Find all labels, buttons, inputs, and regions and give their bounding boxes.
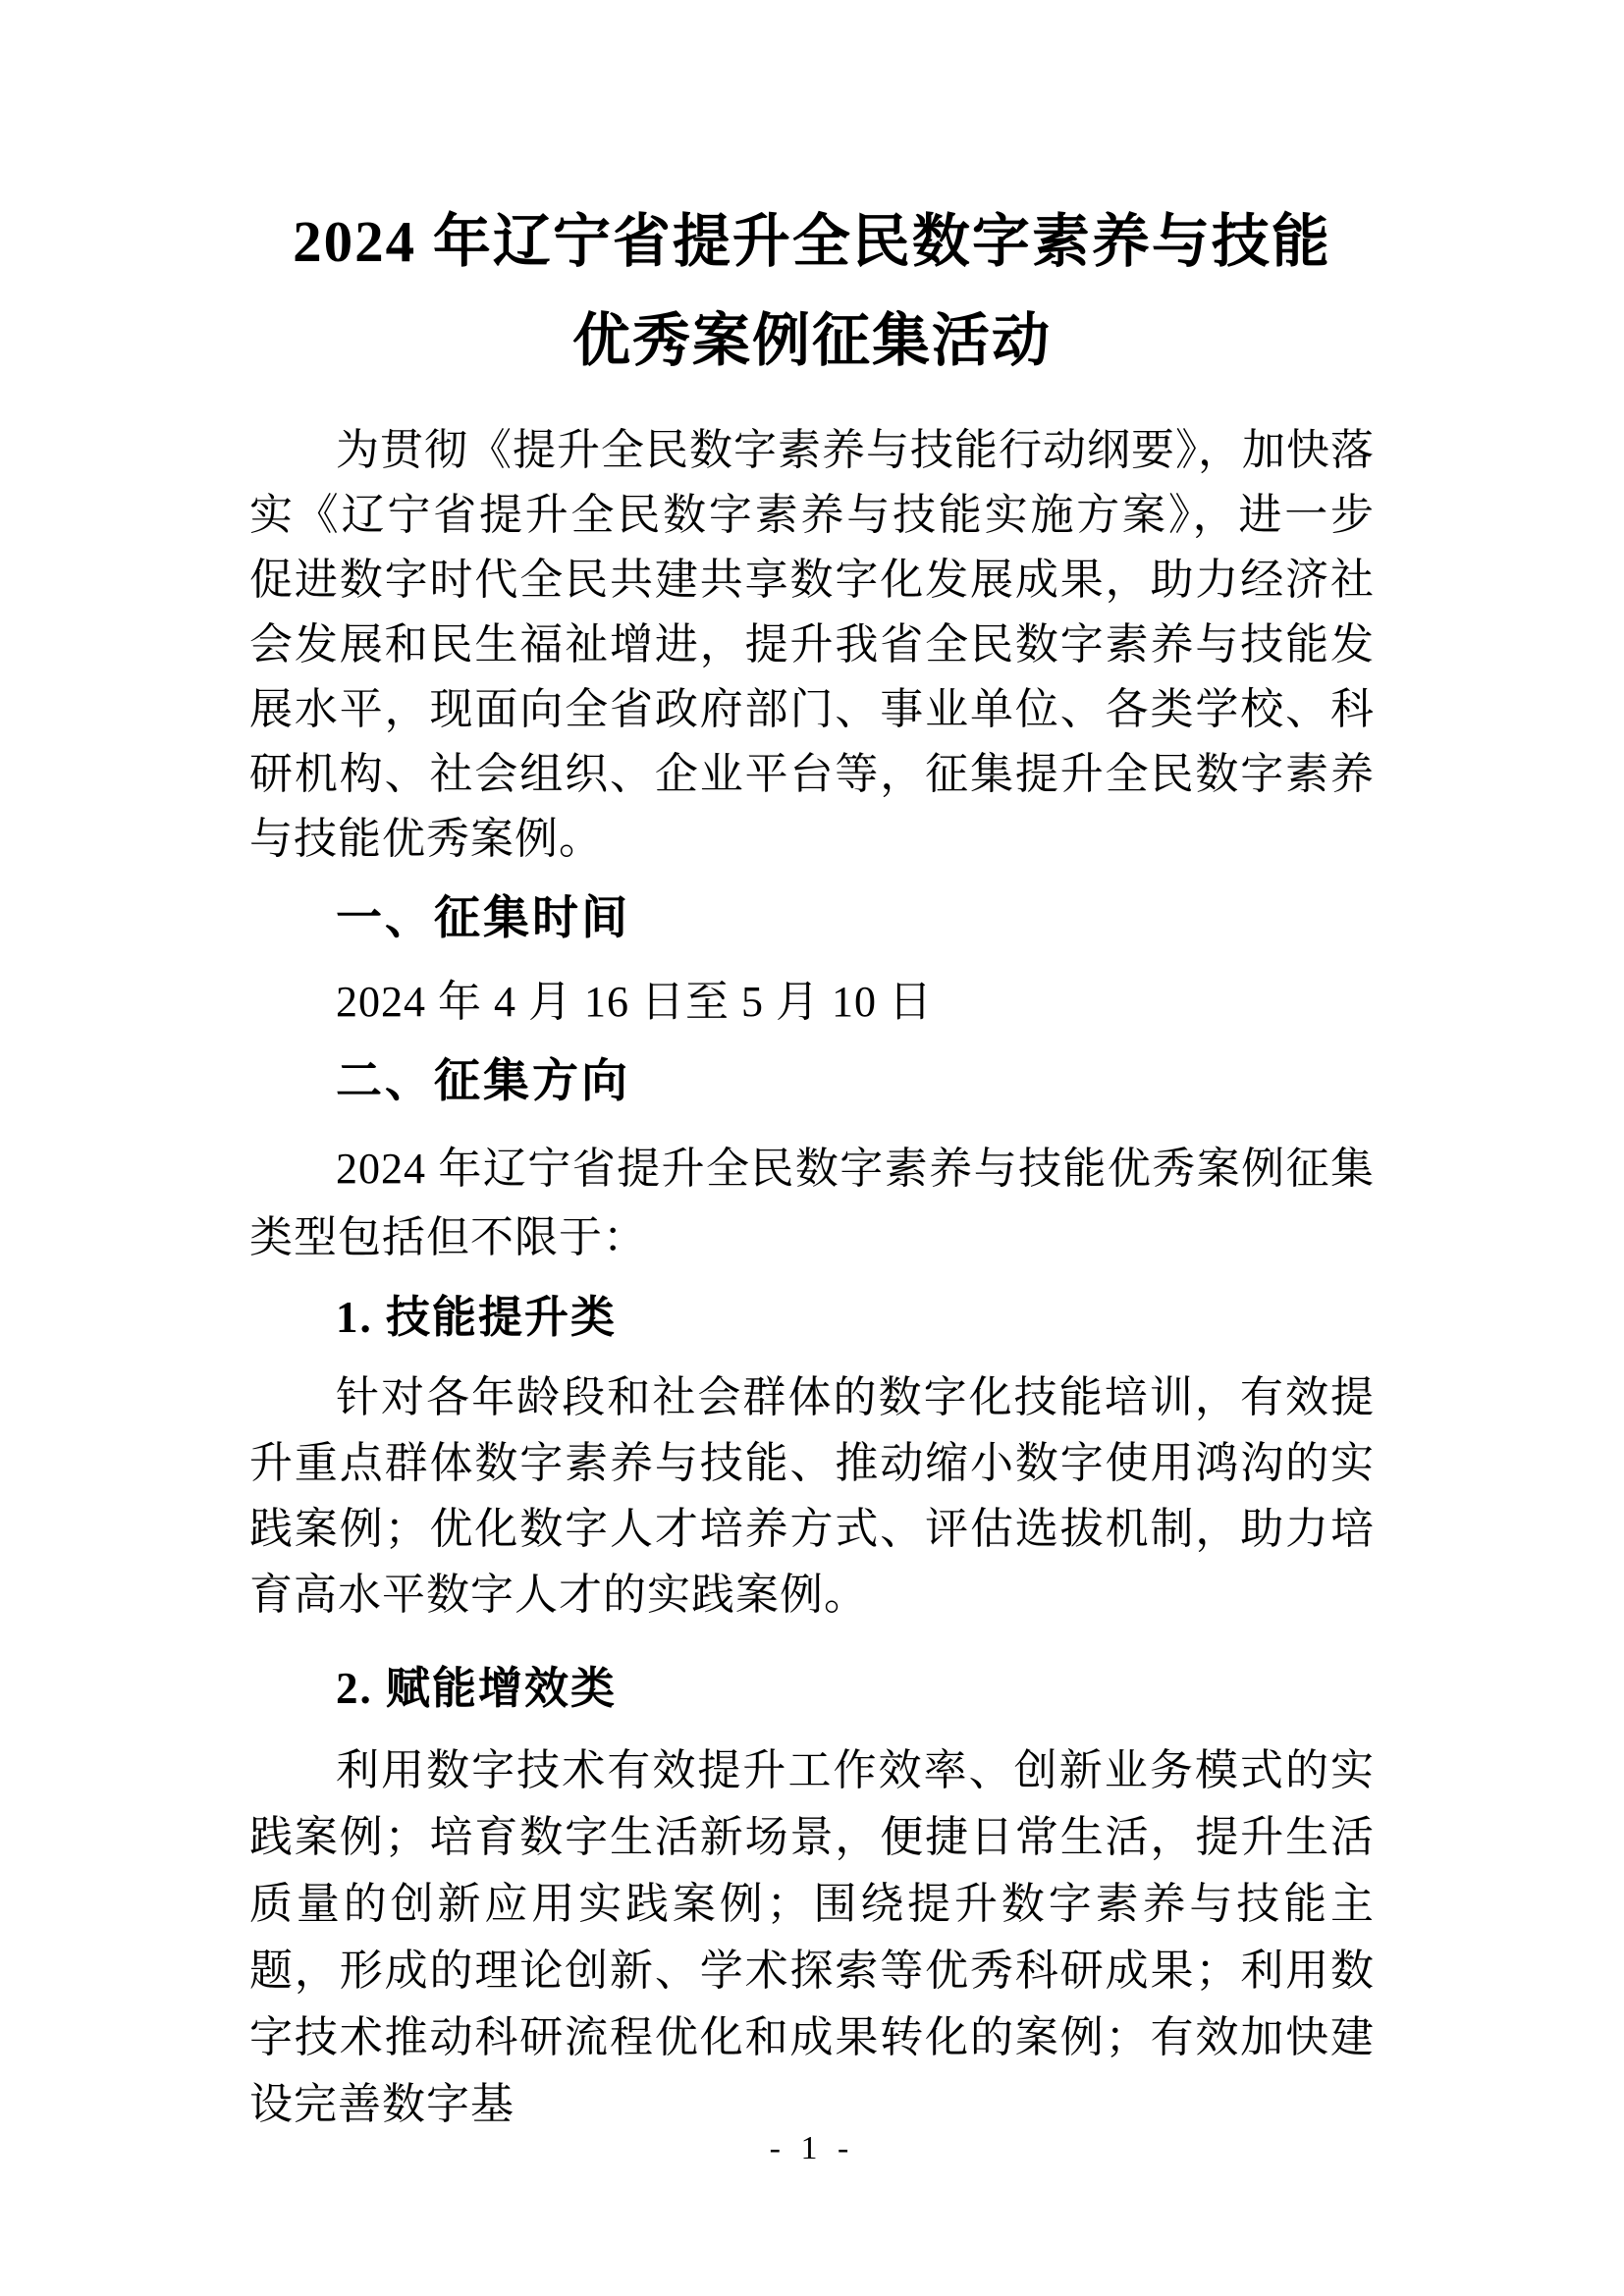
document-title-line2: 优秀案例征集活动 bbox=[572, 308, 1052, 373]
collection-date-range: 2024 年 4 月 16 日至 5 月 10 日 bbox=[249, 972, 1375, 1033]
page-number: - 1 - bbox=[0, 2130, 1624, 2167]
section-heading-collection-time: 一、征集时间 bbox=[249, 887, 1375, 948]
document-title: 2024 年辽宁省提升全民数字素养与技能 优秀案例征集活动 bbox=[249, 0, 1375, 391]
category-heading-skill-improvement: 1. 技能提升类 bbox=[249, 1288, 1375, 1347]
direction-lead-paragraph: 2024 年辽宁省提升全民数字素养与技能优秀案例征集类型包括但不限于： bbox=[249, 1135, 1375, 1272]
section-heading-collection-direction: 二、征集方向 bbox=[249, 1050, 1375, 1111]
intro-paragraph: 为贯彻《提升全民数字素养与技能行动纲要》，加快落实《辽宁省提升全民数字素养与技能… bbox=[249, 418, 1375, 872]
document-page: 2024 年辽宁省提升全民数字素养与技能 优秀案例征集活动 为贯彻《提升全民数字… bbox=[0, 0, 1624, 2296]
document-title-line1: 2024 年辽宁省提升全民数字素养与技能 bbox=[293, 209, 1331, 274]
category-heading-empowerment-efficiency: 2. 赋能增效类 bbox=[249, 1659, 1375, 1718]
category-body-skill-improvement: 针对各年龄段和社会群体的数字化技能培训，有效提升重点群体数字素养与技能、推动缩小… bbox=[249, 1364, 1375, 1628]
text-column: 2024 年辽宁省提升全民数字素养与技能 优秀案例征集活动 为贯彻《提升全民数字… bbox=[249, 0, 1375, 2138]
category-body-empowerment-efficiency: 利用数字技术有效提升工作效率、创新业务模式的实践案例；培育数字生活新场景，便捷日… bbox=[249, 1737, 1375, 2138]
